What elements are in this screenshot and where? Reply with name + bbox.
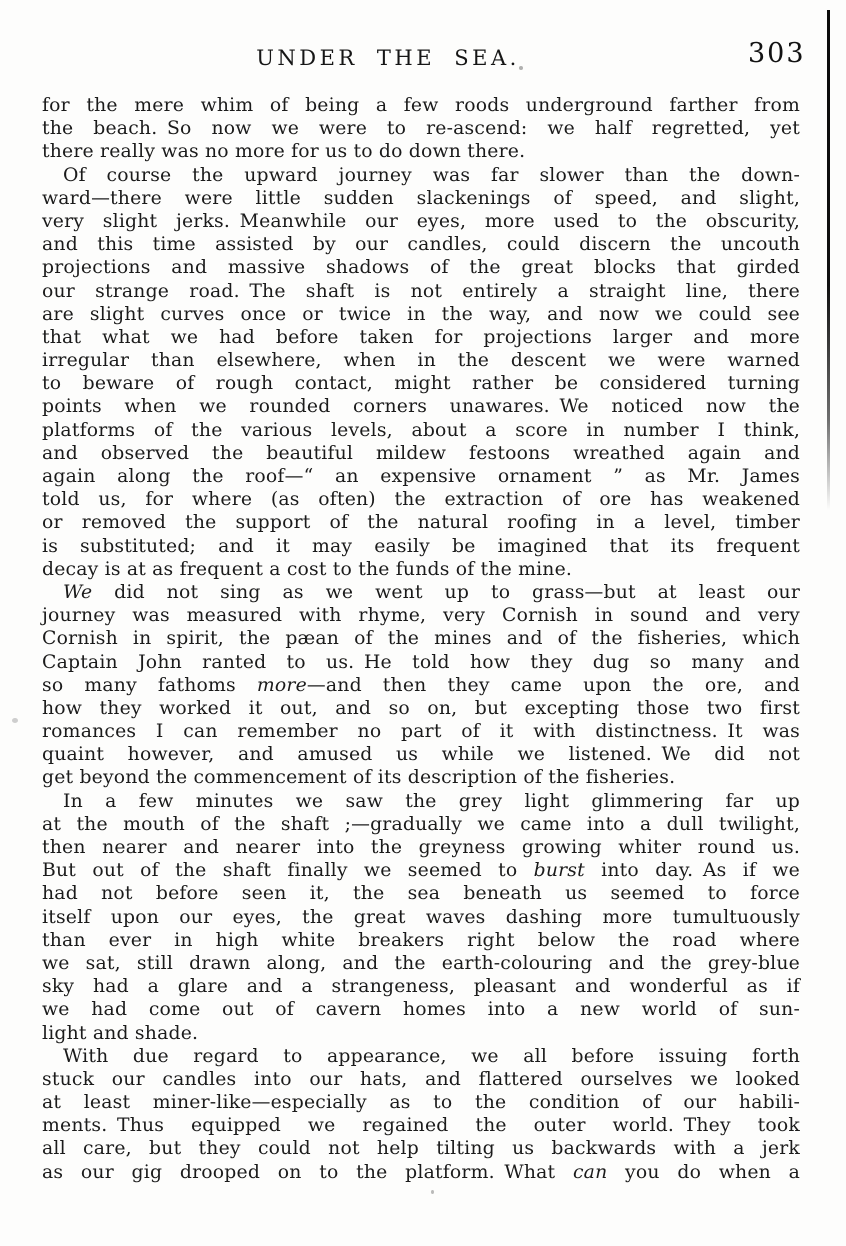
- text-segment: quaint however, and amused us while we l…: [42, 744, 800, 765]
- text-line: light and shade.: [42, 1022, 800, 1045]
- scan-speck: [431, 1190, 434, 1194]
- text-segment: With due regard to appearance, we all be…: [63, 1046, 800, 1067]
- text-segment: again along the roof—“ an expensive orna…: [42, 466, 800, 487]
- text-segment: how they worked it out, and so on, but e…: [42, 698, 800, 719]
- text-segment: or removed the support of the natural ro…: [42, 512, 800, 533]
- text-segment: to beware of rough contact, might rather…: [42, 373, 800, 394]
- text-line: at the mouth of the shaft ;—gradually we…: [42, 813, 800, 836]
- text-line: ward—there were little sudden slackening…: [42, 187, 800, 210]
- text-line: platforms of the various levels, about a…: [42, 419, 800, 442]
- text-line: decay is at as frequent a cost to the fu…: [42, 558, 800, 581]
- text-line: projections and massive shadows of the g…: [42, 256, 800, 279]
- text-line: With due regard to appearance, we all be…: [42, 1045, 800, 1068]
- text-segment: itself upon our eyes, the great waves da…: [42, 907, 800, 928]
- text-segment: stuck our candles into our hats, and fla…: [42, 1069, 800, 1090]
- text-line: our strange road. The shaft is not entir…: [42, 280, 800, 303]
- text-segment: projections and massive shadows of the g…: [42, 257, 800, 278]
- text-line: is substituted; and it may easily be ima…: [42, 535, 800, 558]
- text-line: we sat, still drawn along, and the earth…: [42, 952, 800, 975]
- text-line: that what we had before taken for projec…: [42, 326, 800, 349]
- text-line: there really was no more for us to do do…: [42, 140, 800, 163]
- text-segment: the beach. So now we were to re-ascend: …: [42, 118, 800, 139]
- scan-edge-line: [827, 10, 830, 510]
- text-line: But out of the shaft finally we seemed t…: [42, 859, 800, 882]
- text-line: so many fathoms more—and then they came …: [42, 674, 800, 697]
- text-segment: —and then they came upon the ore, and: [307, 675, 800, 696]
- text-line: and this time assisted by our candles, c…: [42, 233, 800, 256]
- text-segment: journey was measured with rhyme, very Co…: [42, 605, 800, 626]
- text-segment: sky had a glare and a strangeness, pleas…: [42, 976, 800, 997]
- text-segment: light and shade.: [42, 1023, 198, 1044]
- text-line: and observed the beautiful mildew festoo…: [42, 442, 800, 465]
- text-segment: than ever in high white breakers right b…: [42, 930, 800, 951]
- text-line: We did not sing as we went up to grass—b…: [42, 581, 800, 604]
- text-line: how they worked it out, and so on, but e…: [42, 697, 800, 720]
- book-page: UNDER THE SEA. 303 for the mere whim of …: [0, 0, 846, 1246]
- text-segment: ward—there were little sudden slackening…: [42, 188, 800, 209]
- text-segment: Captain John ranted to us. He told how t…: [42, 652, 800, 673]
- text-segment: our strange road. The shaft is not entir…: [42, 281, 800, 302]
- text-segment: is substituted; and it may easily be ima…: [42, 536, 800, 557]
- text-segment: ments. Thus equipped we regained the out…: [42, 1115, 800, 1136]
- text-segment: we had come out of cavern homes into a n…: [42, 999, 800, 1020]
- text-segment: very slight jerks. Meanwhile our eyes, m…: [42, 211, 800, 232]
- text-segment: there really was no more for us to do do…: [42, 141, 525, 162]
- text-line: romances I can remember no part of it wi…: [42, 720, 800, 743]
- text-segment: told us, for where (as often) the extrac…: [42, 489, 800, 510]
- text-segment: you do when a: [607, 1162, 800, 1183]
- text-segment: points when we rounded corners unawares.…: [42, 396, 800, 417]
- text-line: told us, for where (as often) the extrac…: [42, 488, 800, 511]
- text-segment: at the mouth of the shaft ;—gradually we…: [42, 814, 800, 835]
- text-line: Cornish in spirit, the pæan of the mines…: [42, 627, 800, 650]
- text-line: then nearer and nearer into the greyness…: [42, 836, 800, 859]
- scan-speck: [519, 66, 523, 70]
- text-line: itself upon our eyes, the great waves da…: [42, 906, 800, 929]
- text-line: get beyond the commencement of its descr…: [42, 766, 800, 789]
- text-line: to beware of rough contact, might rather…: [42, 372, 800, 395]
- text-line: as our gig drooped on to the platform. W…: [42, 1161, 800, 1184]
- text-line: the beach. So now we were to re-ascend: …: [42, 117, 800, 140]
- text-segment: irregular than elsewhere, when in the de…: [42, 350, 800, 371]
- text-segment: and this time assisted by our candles, c…: [42, 234, 800, 255]
- text-segment: Cornish in spirit, the pæan of the mines…: [42, 628, 800, 649]
- text-segment: so many fathoms: [42, 675, 257, 696]
- text-line: journey was measured with rhyme, very Co…: [42, 604, 800, 627]
- text-segment: In a few minutes we saw the grey light g…: [63, 791, 800, 812]
- scan-speck: [12, 718, 18, 723]
- text-line: quaint however, and amused us while we l…: [42, 743, 800, 766]
- text-line: sky had a glare and a strangeness, pleas…: [42, 975, 800, 998]
- text-segment: had not before seen it, the sea beneath …: [42, 883, 800, 904]
- text-line: Of course the upward journey was far slo…: [42, 164, 800, 187]
- text-segment: did not sing as we went up to grass—but …: [92, 582, 800, 603]
- text-line: stuck our candles into our hats, and fla…: [42, 1068, 800, 1091]
- text-segment: and observed the beautiful mildew festoo…: [42, 443, 800, 464]
- text-segment: decay is at as frequent a cost to the fu…: [42, 559, 572, 580]
- text-line: all care, but they could not help tiltin…: [42, 1137, 800, 1160]
- italic-text: We: [63, 582, 92, 603]
- text-segment: into day. As if we: [585, 860, 800, 881]
- page-number: 303: [748, 38, 806, 69]
- text-segment: romances I can remember no part of it wi…: [42, 721, 800, 742]
- italic-text: burst: [534, 860, 585, 881]
- text-block: for the mere whim of being a few roods u…: [42, 94, 800, 1184]
- text-line: are slight curves once or twice in the w…: [42, 303, 800, 326]
- text-segment: we sat, still drawn along, and the earth…: [42, 953, 800, 974]
- text-line: had not before seen it, the sea beneath …: [42, 882, 800, 905]
- text-segment: all care, but they could not help tiltin…: [42, 1138, 800, 1159]
- text-line: points when we rounded corners unawares.…: [42, 395, 800, 418]
- text-segment: platforms of the various levels, about a…: [42, 420, 800, 441]
- italic-text: more: [257, 675, 307, 696]
- text-line: for the mere whim of being a few roods u…: [42, 94, 800, 117]
- text-line: ments. Thus equipped we regained the out…: [42, 1114, 800, 1137]
- text-line: In a few minutes we saw the grey light g…: [42, 790, 800, 813]
- text-segment: Of course the upward journey was far slo…: [63, 165, 800, 186]
- text-segment: that what we had before taken for projec…: [42, 327, 800, 348]
- text-segment: But out of the shaft finally we seemed t…: [42, 860, 534, 881]
- running-title: UNDER THE SEA.: [256, 46, 520, 70]
- text-line: again along the roof—“ an expensive orna…: [42, 465, 800, 488]
- text-segment: then nearer and nearer into the greyness…: [42, 837, 800, 858]
- text-segment: as our gig drooped on to the platform. W…: [42, 1162, 573, 1183]
- text-line: at least miner-like—especially as to the…: [42, 1091, 800, 1114]
- text-line: we had come out of cavern homes into a n…: [42, 998, 800, 1021]
- text-segment: at least miner-like—especially as to the…: [42, 1092, 800, 1113]
- text-line: irregular than elsewhere, when in the de…: [42, 349, 800, 372]
- text-segment: get beyond the commencement of its descr…: [42, 767, 675, 788]
- text-segment: for the mere whim of being a few roods u…: [42, 95, 800, 116]
- text-line: or removed the support of the natural ro…: [42, 511, 800, 534]
- text-line: very slight jerks. Meanwhile our eyes, m…: [42, 210, 800, 233]
- text-line: Captain John ranted to us. He told how t…: [42, 651, 800, 674]
- text-segment: are slight curves once or twice in the w…: [42, 304, 800, 325]
- italic-text: can: [573, 1162, 607, 1183]
- text-line: than ever in high white breakers right b…: [42, 929, 800, 952]
